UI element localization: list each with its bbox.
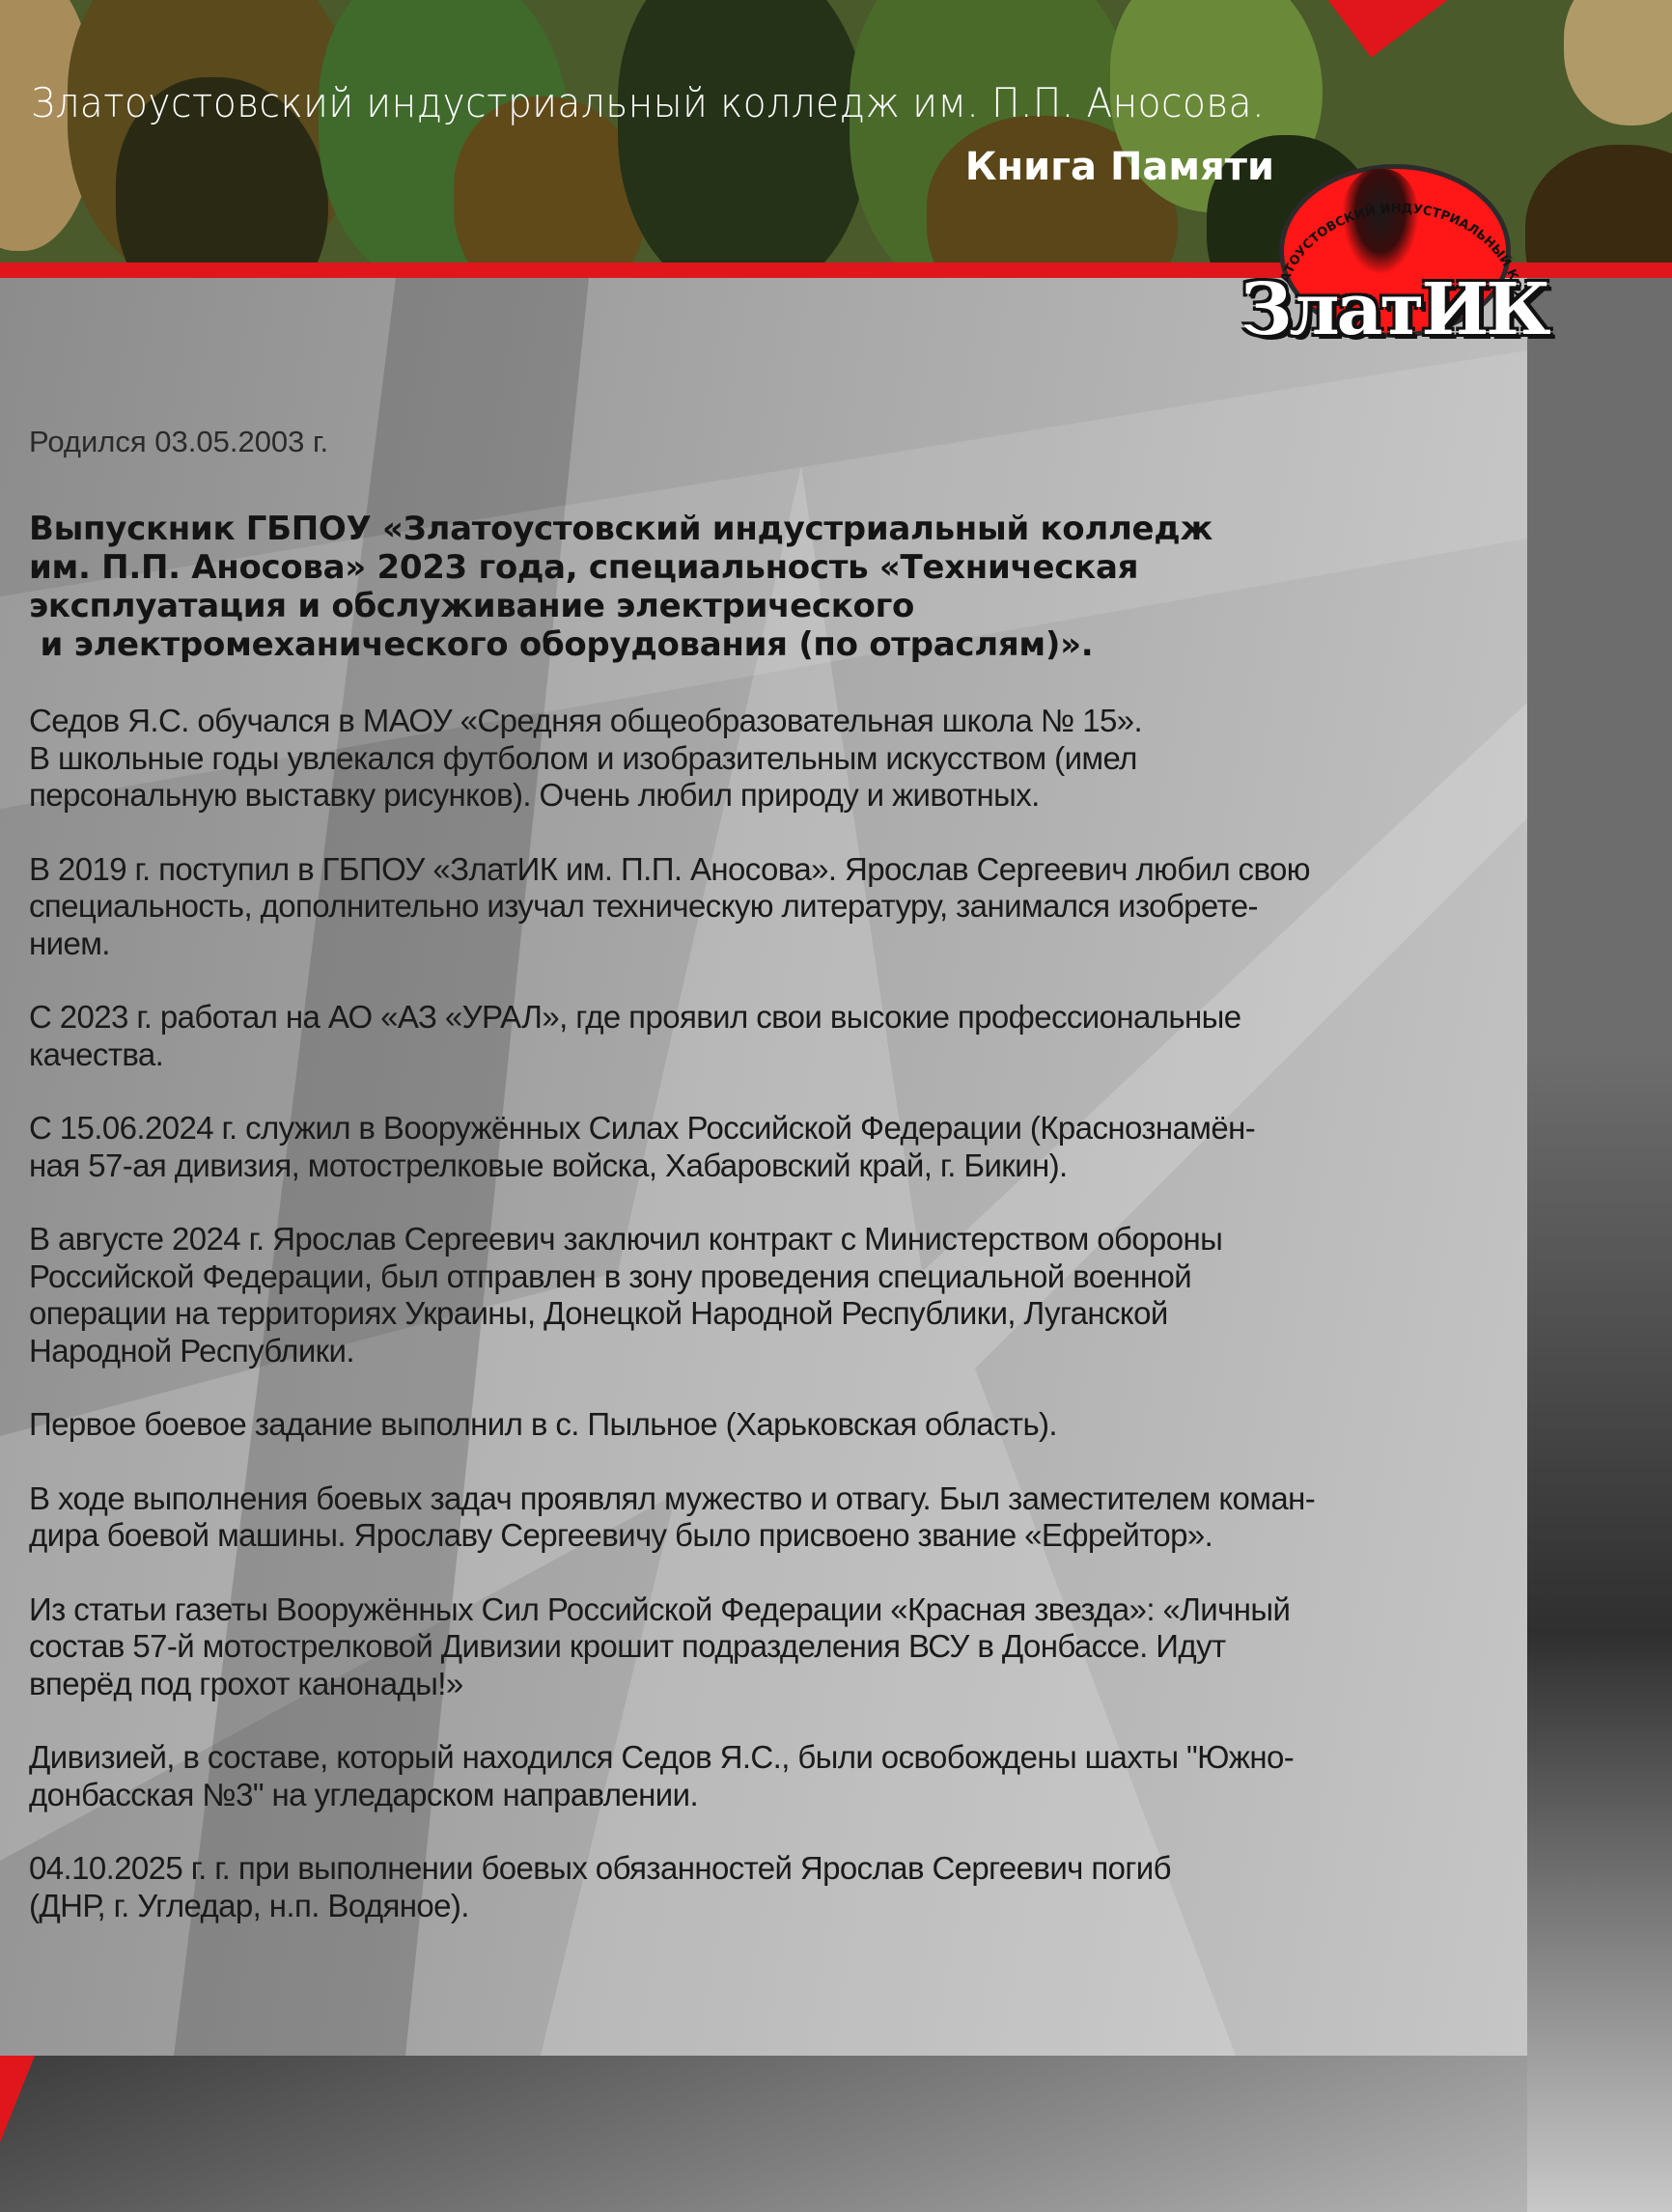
biography-paragraph: Дивизией, в составе, который находился С… <box>29 1739 1419 1813</box>
biography-paragraph: Седов Я.С. обучался в МАОУ «Средняя обще… <box>29 703 1419 815</box>
paragraph-line: специальность, дополнительно изучал техн… <box>29 888 1419 926</box>
paragraph-line: донбасская №3" на угледарском направлени… <box>29 1777 1419 1814</box>
biography-paragraph: С 2023 г. работал на АО «АЗ «УРАЛ», где … <box>29 999 1419 1073</box>
paragraph-line: Российской Федерации, был отправлен в зо… <box>29 1258 1419 1296</box>
graduate-headline: Выпускник ГБПОУ «Златоустовский индустри… <box>29 510 1419 664</box>
paragraph-line: нием. <box>29 926 1419 963</box>
paragraph-line: В 2019 г. поступил в ГБПОУ «ЗлатИК им. П… <box>29 851 1419 889</box>
biography-paragraph: Первое боевое задание выполнил в с. Пыль… <box>29 1406 1419 1444</box>
paragraph-line: Седов Я.С. обучался в МАОУ «Средняя обще… <box>29 703 1419 740</box>
paragraph-line: В августе 2024 г. Ярослав Сергеевич закл… <box>29 1221 1419 1258</box>
paragraph-line: Из статьи газеты Вооружённых Сил Российс… <box>29 1591 1419 1629</box>
biography-paragraph: В августе 2024 г. Ярослав Сергеевич закл… <box>29 1221 1419 1369</box>
college-logo: ЗЛАТОУСТОВСКИЙ ИНДУСТРИАЛЬНЫЙ КОЛЛЕДЖ им… <box>1240 145 1540 357</box>
paragraph-line: В ходе выполнения боевых задач проявлял … <box>29 1480 1419 1518</box>
right-decorative-strip <box>1527 278 1672 2212</box>
birth-date: Родился 03.05.2003 г. <box>29 425 1419 459</box>
biography: Родился 03.05.2003 г. Выпускник ГБПОУ «З… <box>29 425 1419 1961</box>
paragraph-line: операции на территориях Украины, Донецко… <box>29 1295 1419 1333</box>
biography-paragraph: 04.10.2025 г. г. при выполнении боевых о… <box>29 1850 1419 1924</box>
paragraph-line: Дивизией, в составе, который находился С… <box>29 1739 1419 1777</box>
paragraph-line: ная 57-ая дивизия, мотострелковые войска… <box>29 1147 1419 1185</box>
college-title: Златоустовский индустриальный колледж им… <box>31 79 1265 126</box>
paragraph-line: качества. <box>29 1037 1419 1074</box>
biography-paragraph: Из статьи газеты Вооружённых Сил Российс… <box>29 1591 1419 1703</box>
biography-paragraph: В ходе выполнения боевых задач проявлял … <box>29 1480 1419 1555</box>
memory-book-title: Книга Памяти <box>965 145 1274 189</box>
red-corner-accent <box>0 2056 35 2143</box>
paragraph-line: вперёд под грохот канонады!» <box>29 1666 1419 1703</box>
logo-wordmark: ЗлатИК <box>1240 268 1540 351</box>
paragraph-line: Первое боевое задание выполнил в с. Пыль… <box>29 1406 1419 1444</box>
paragraph-line: С 15.06.2024 г. служил в Вооружённых Сил… <box>29 1110 1419 1147</box>
paragraph-line: дира боевой машины. Ярославу Сергеевичу … <box>29 1517 1419 1555</box>
paragraph-line: 04.10.2025 г. г. при выполнении боевых о… <box>29 1850 1419 1888</box>
paragraph-line: персональную выставку рисунков). Очень л… <box>29 777 1419 815</box>
paragraph-line: С 2023 г. работал на АО «АЗ «УРАЛ», где … <box>29 999 1419 1037</box>
biography-paragraphs: Седов Я.С. обучался в МАОУ «Средняя обще… <box>29 703 1419 1924</box>
biography-paragraph: В 2019 г. поступил в ГБПОУ «ЗлатИК им. П… <box>29 851 1419 963</box>
paragraph-line: состав 57-й мотострелковой Дивизии кроши… <box>29 1628 1419 1666</box>
paragraph-line: В школьные годы увлекался футболом и изо… <box>29 740 1419 778</box>
paragraph-line: (ДНР, г. Угледар, н.п. Водяное). <box>29 1888 1419 1925</box>
paragraph-line: Народной Республики. <box>29 1333 1419 1370</box>
biography-paragraph: С 15.06.2024 г. служил в Вооружённых Сил… <box>29 1110 1419 1184</box>
